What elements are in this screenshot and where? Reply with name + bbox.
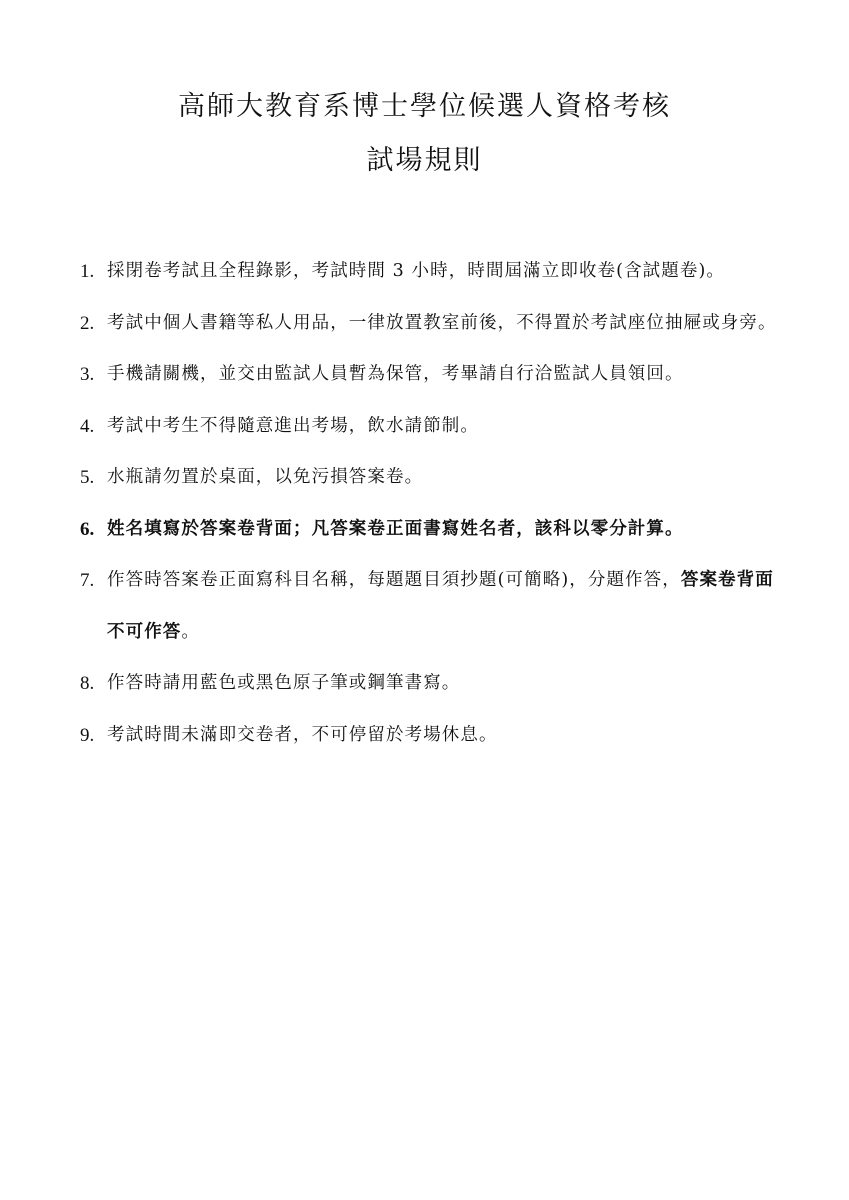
document-title: 高師大教育系博士學位候選人資格考核 [0, 88, 849, 126]
rule-number: 3. [80, 349, 107, 401]
rule-item-7: 7. 作答時答案卷正面寫科目名稱，每題題目須抄題(可簡略)，分題作答，答案卷背面… [80, 555, 780, 658]
rule-text: 考試時間未滿即交卷者，不可停留於考場休息。 [107, 710, 780, 762]
rule-item-2: 2. 考試中個人書籍等私人用品，一律放置教室前後，不得置於考試座位抽屜或身旁。 [80, 298, 780, 350]
document-page: 高師大教育系博士學位候選人資格考核 試場規則 1. 採閉卷考試且全程錄影，考試時… [0, 0, 849, 1200]
rule-item-5: 5. 水瓶請勿置於桌面，以免污損答案卷。 [80, 452, 780, 504]
rule-text: 作答時答案卷正面寫科目名稱，每題題目須抄題(可簡略)，分題作答，答案卷背面不可作… [107, 555, 780, 658]
rule-number: 8. [80, 658, 107, 710]
rules-list: 1. 採閉卷考試且全程錄影，考試時間 3 小時，時間屆滿立即收卷(含試題卷)。 … [80, 246, 780, 761]
document-subtitle: 試場規則 [0, 142, 849, 180]
rule-number: 6. [80, 504, 107, 556]
rule-number: 9. [80, 710, 107, 762]
rule-item-6: 6. 姓名填寫於答案卷背面；凡答案卷正面書寫姓名者，該科以零分計算。 [80, 504, 780, 556]
rule-text: 考試中考生不得隨意進出考場，飲水請節制。 [107, 401, 780, 453]
rule-item-3: 3. 手機請關機，並交由監試人員暫為保管，考畢請自行洽監試人員領回。 [80, 349, 780, 401]
rule-item-4: 4. 考試中考生不得隨意進出考場，飲水請節制。 [80, 401, 780, 453]
rule-text: 手機請關機，並交由監試人員暫為保管，考畢請自行洽監試人員領回。 [107, 349, 780, 401]
rule-number: 1. [80, 246, 107, 298]
rule-text: 作答時請用藍色或黑色原子筆或鋼筆書寫。 [107, 658, 780, 710]
rule-text: 採閉卷考試且全程錄影，考試時間 3 小時，時間屆滿立即收卷(含試題卷)。 [107, 246, 780, 298]
rule-text-end: 。 [181, 622, 200, 642]
rule-text: 考試中個人書籍等私人用品，一律放置教室前後，不得置於考試座位抽屜或身旁。 [107, 298, 780, 350]
rule-text-normal: 作答時答案卷正面寫科目名稱，每題題目須抄題(可簡略)，分題作答， [107, 570, 681, 590]
rule-number: 7. [80, 555, 107, 607]
rule-item-9: 9. 考試時間未滿即交卷者，不可停留於考場休息。 [80, 710, 780, 762]
rule-number: 5. [80, 452, 107, 504]
rule-item-8: 8. 作答時請用藍色或黑色原子筆或鋼筆書寫。 [80, 658, 780, 710]
rule-text-bold: 姓名填寫於答案卷背面；凡答案卷正面書寫姓名者，該科以零分計算。 [107, 504, 780, 556]
rule-number: 4. [80, 401, 107, 453]
rule-text: 水瓶請勿置於桌面，以免污損答案卷。 [107, 452, 780, 504]
rule-number: 2. [80, 298, 107, 350]
rule-item-1: 1. 採閉卷考試且全程錄影，考試時間 3 小時，時間屆滿立即收卷(含試題卷)。 [80, 246, 780, 298]
